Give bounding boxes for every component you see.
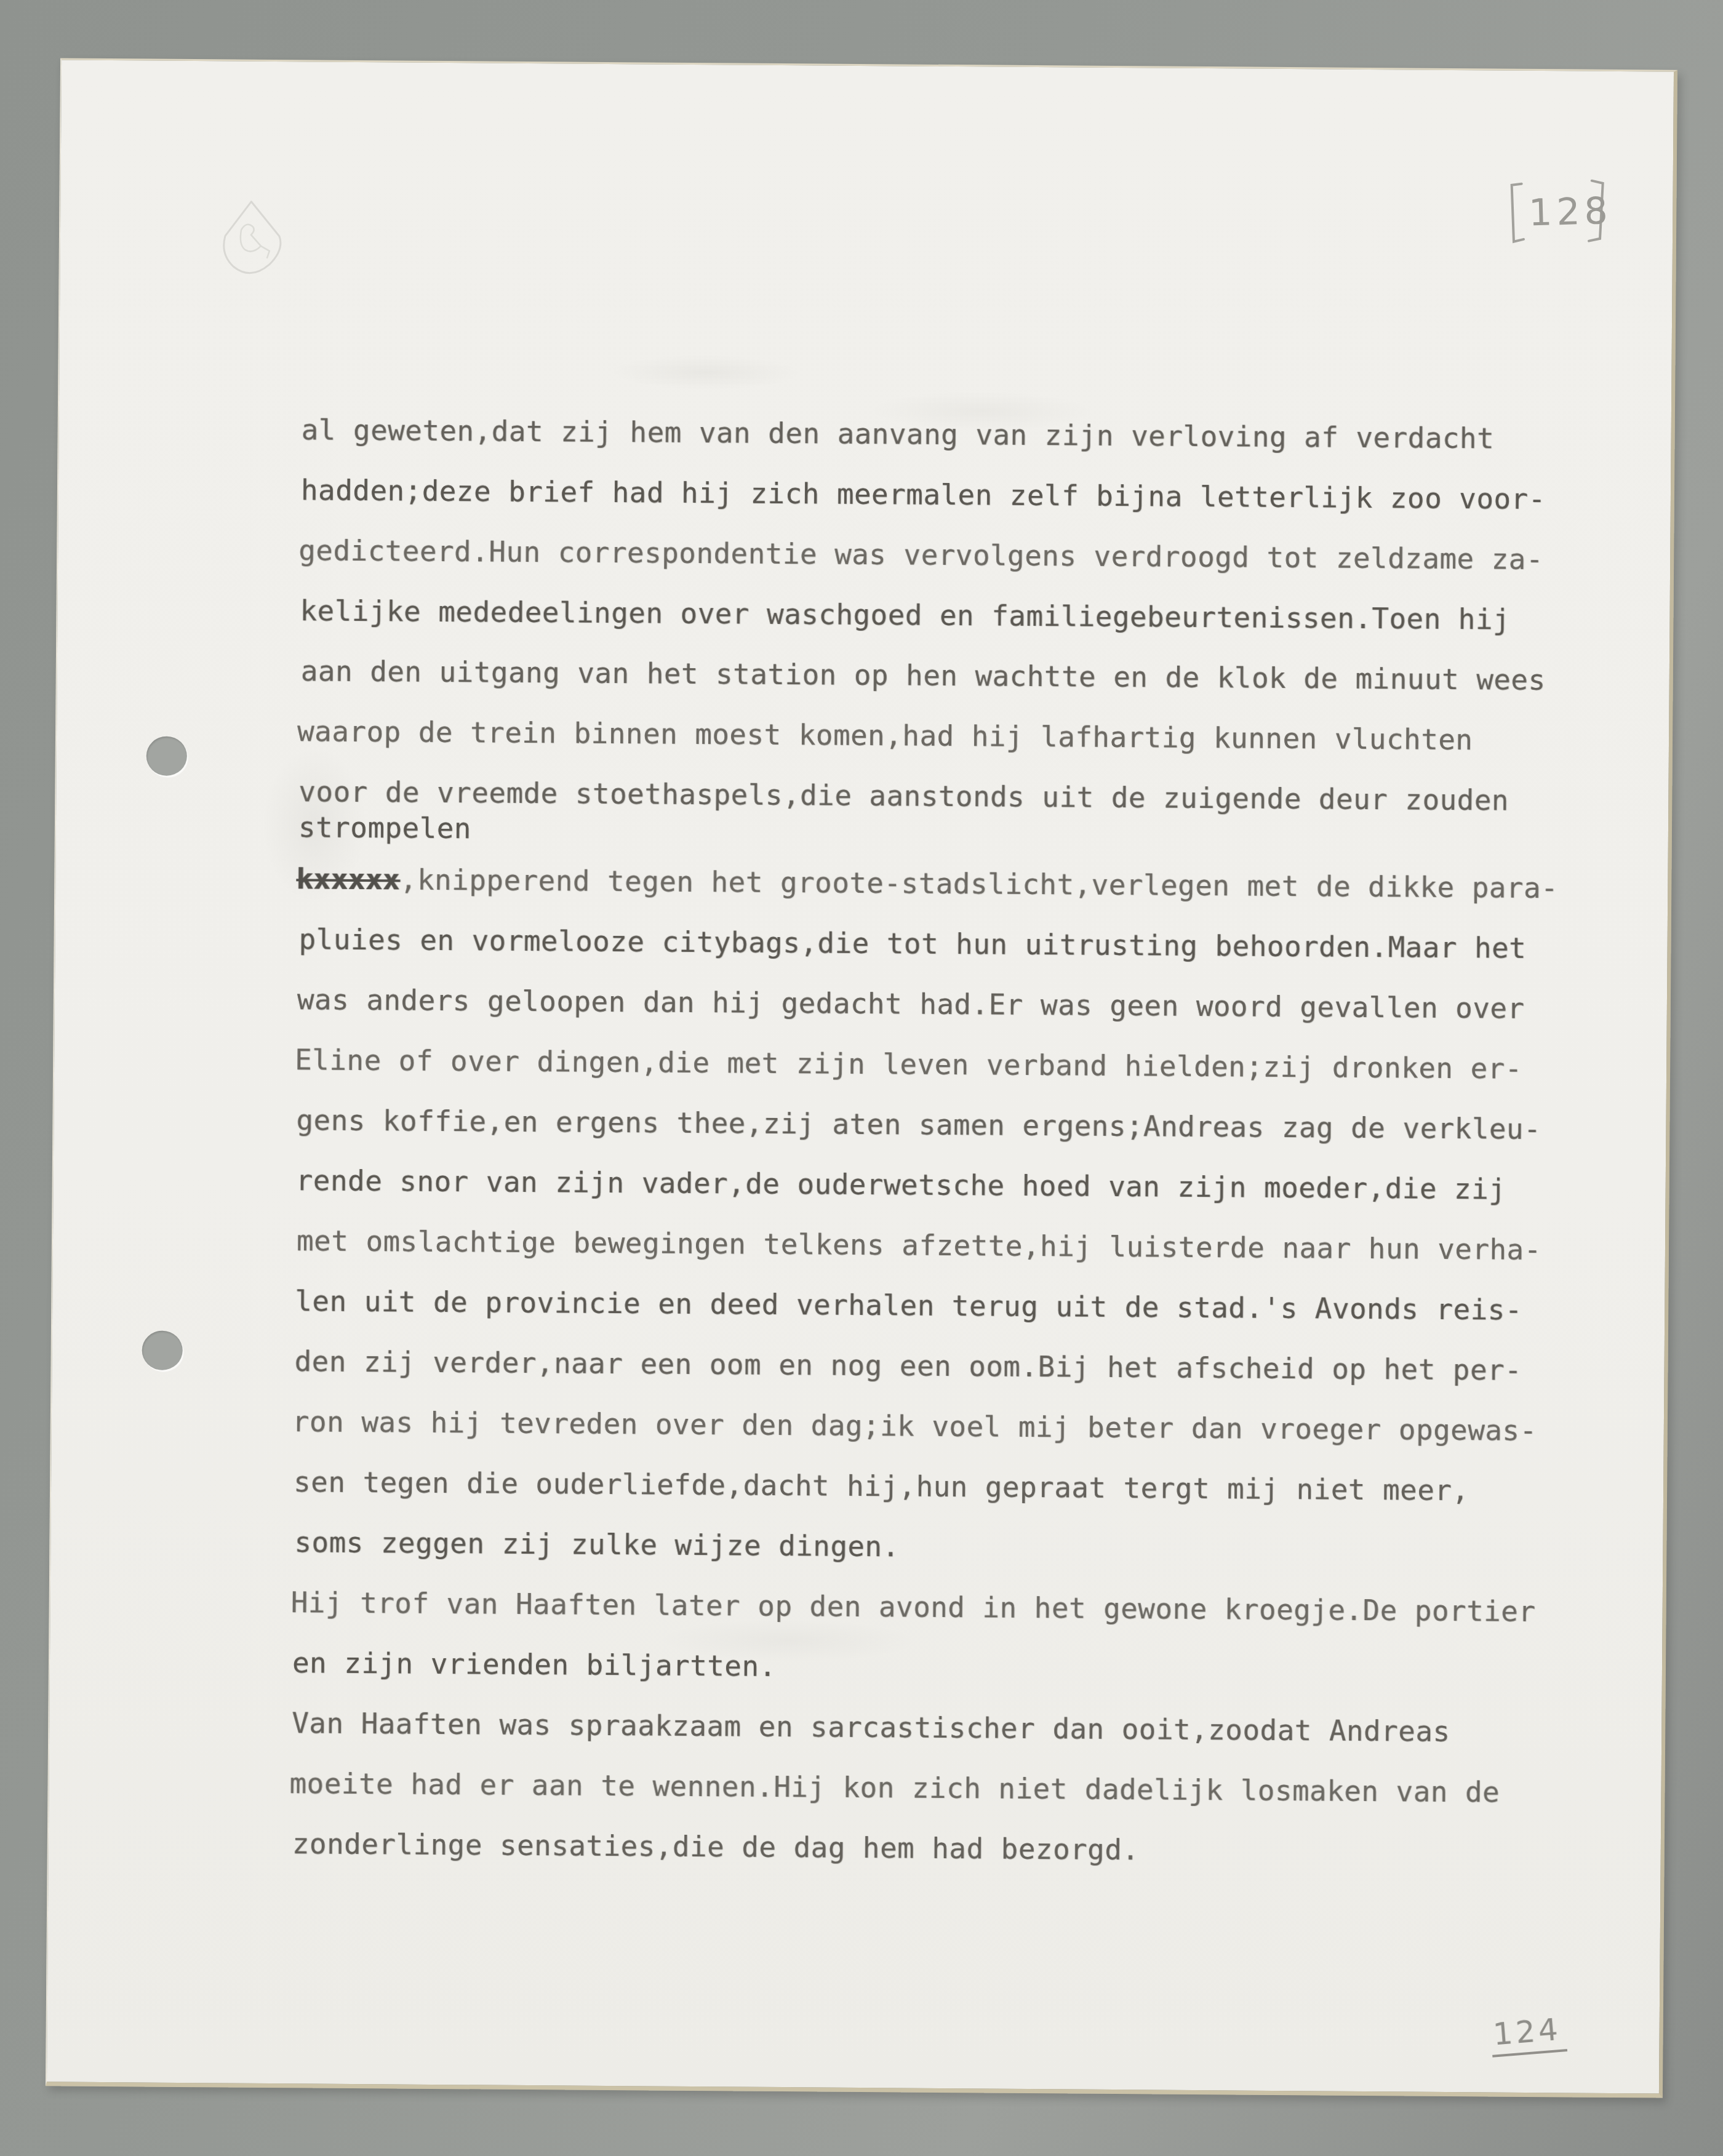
typed-line: was anders geloopen dan hij gedacht had.… — [297, 983, 1525, 1024]
typed-line: al geweten,dat zij hem van den aanvang v… — [302, 413, 1495, 454]
typed-line: Hij trof van Haaften later op den avond … — [291, 1586, 1536, 1627]
typed-line: voor de vreemde stoethaspels,die aanston… — [298, 775, 1509, 816]
page-number-pencil: 128 — [1528, 190, 1612, 235]
typed-line: len uit de provincie en deed verhalen te… — [295, 1285, 1522, 1326]
typed-line: sen tegen die ouderliefde,dacht hij,hun … — [294, 1466, 1469, 1506]
manuscript-page: 128 al geweten,dat zij hem van den aanva… — [46, 58, 1677, 2098]
typed-line: en zijn vrienden biljartten. — [292, 1647, 777, 1682]
typed-line: ron was hij tevreden over den dag;ik voe… — [292, 1405, 1537, 1447]
typed-line: rende snor van zijn vader,de ouderwetsch… — [296, 1164, 1506, 1205]
typed-line: soms zeggen zij zulke wijze dingen. — [294, 1526, 900, 1562]
typed-line: kelijke mededeelingen over waschgoed en … — [300, 594, 1510, 635]
typed-line: Van Haaften was spraakzaam en sarcastisc… — [292, 1707, 1450, 1747]
typed-line: pluies en vormelooze citybags,die tot hu… — [298, 923, 1526, 964]
faint-stamp-icon — [215, 198, 289, 287]
punch-hole-bottom — [142, 1330, 182, 1370]
struck-out-word: kxxxxx — [296, 862, 400, 896]
left-bracket-stroke — [1511, 184, 1524, 242]
typed-line: den zij verder,naar een oom en nog een o… — [294, 1345, 1522, 1386]
typed-line: zonderlinge sensaties,die de dag hem had… — [292, 1827, 1140, 1866]
punch-hole-top — [146, 736, 187, 775]
typed-line: aan den uitgang van het station op hen w… — [301, 655, 1546, 696]
typed-line: gens koffie,en ergens thee,zij aten same… — [296, 1104, 1541, 1145]
scanner-background: 128 al geweten,dat zij hem van den aanva… — [0, 0, 1723, 2156]
typed-text-block: al geweten,dat zij hem van den aanvang v… — [62, 60, 1674, 71]
typed-line: Eline of over dingen,die met zijn leven … — [295, 1044, 1522, 1085]
typed-line: moeite had er aan te wennen.Hij kon zich… — [289, 1767, 1500, 1808]
archive-number-pencil: 124 — [1489, 2011, 1567, 2058]
typed-line: kxxxxx,knipperend tegen het groote-stads… — [296, 863, 1558, 904]
typed-line: waarop de trein binnen moest komen,had h… — [297, 715, 1473, 756]
scanned-document-screenshot: { "manuscript": { "language": "Dutch", "… — [0, 0, 1723, 2156]
typed-line: hadden;deze brief had hij zich meermalen… — [301, 474, 1546, 515]
typed-line: gedicteerd.Hun correspondentie was vervo… — [298, 534, 1543, 575]
bracketed-page-number: 128 — [1497, 174, 1620, 255]
typed-line: met omslachtige bewegingen telkens afzet… — [297, 1224, 1541, 1266]
inserted-typed-word: strompelen — [298, 811, 471, 844]
